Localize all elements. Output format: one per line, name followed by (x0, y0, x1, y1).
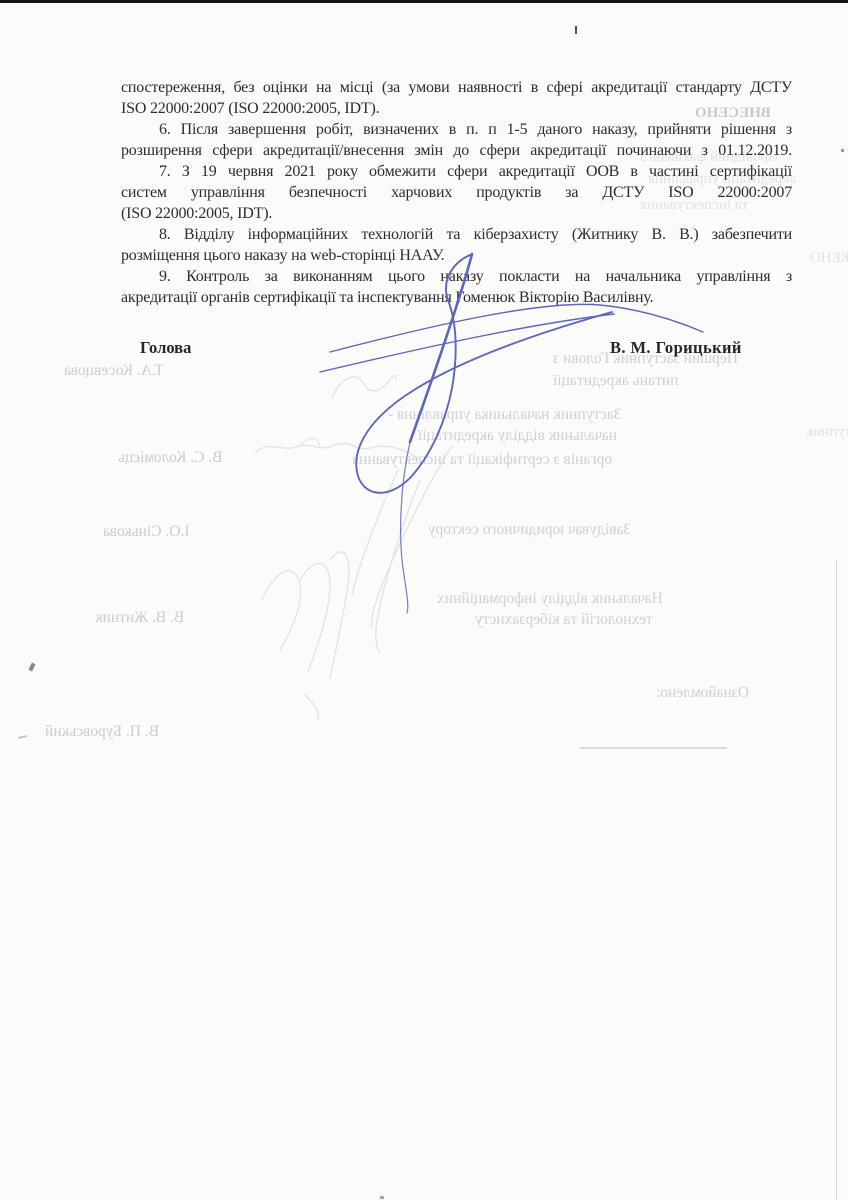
bleedthrough-row-2-label-line-3: органів з сертифікації та інспектування (352, 451, 612, 469)
bleedthrough-row-1-name-text: Т.А. Косевцова (64, 362, 164, 380)
bleedthrough-row-2-label-line-3-text: органів з сертифікації та інспектування (352, 451, 612, 469)
bleedthrough-row-2-name: В. С. Коломієць (118, 449, 223, 467)
bleedthrough-row-4-label-line-1-text: Начальник відділу інформаційних (437, 590, 663, 608)
scan-speck (380, 1196, 384, 1199)
bleedthrough-row-3-label-line-1: Завідувач юридичного сектору (428, 521, 631, 539)
body-line-11: акредитації органів сертифікації та інсп… (121, 287, 792, 308)
bleedthrough-row-2-name-text: В. С. Коломієць (118, 449, 223, 467)
bleedthrough-row-6-name: В. П. Буровський (45, 723, 159, 741)
body-line-4: розширення сфери акредитації/внесення зм… (121, 140, 792, 161)
bleedthrough-signature-line (580, 747, 727, 749)
bleedthrough-row-4-label-line-2: технологій та кіберзахисту (475, 611, 653, 629)
bleedthrough-edge-fragment-1-text: ПОГОДЖЕНО (810, 250, 848, 267)
bleedthrough-row-3-label-line-1-text: Завідувач юридичного сектору (428, 521, 631, 539)
signatory-name: В. М. Горицький (610, 338, 742, 358)
bleedthrough-row-3-name: І.О. Сінькова (103, 523, 189, 541)
bleedthrough-edge-fragment-2-text: Заступник (806, 424, 848, 441)
bleedthrough-edge-fragment-2: Заступник (806, 424, 848, 441)
scan-top-edge-line (0, 0, 848, 3)
bleedthrough-row-4-label-line-1: Начальник відділу інформаційних (437, 590, 663, 608)
order-body-text: спостереження, без оцінки на місці (за у… (121, 77, 792, 308)
signature-row: Голова В. М. Горицький (121, 338, 792, 360)
body-line-10: 9. Контроль за виконанням цього наказу п… (121, 266, 792, 287)
scan-page-right-edge (836, 560, 837, 1200)
body-line-8: 8. Відділу інформаційних технологій та к… (121, 224, 792, 245)
bleedthrough-row-5-label-line-1: Ознайомлено: (656, 684, 749, 702)
bleedthrough-row-6-name-text: В. П. Буровський (45, 723, 159, 741)
bleedthrough-row-4-name-text: В. В. Житник (95, 609, 184, 627)
bleedthrough-row-1-name: Т.А. Косевцова (64, 362, 164, 380)
scan-speck (28, 663, 35, 672)
scan-speck (18, 735, 27, 739)
body-line-5: 7. З 19 червня 2021 року обмежити сфери … (121, 161, 792, 182)
scan-speck (841, 149, 844, 152)
bleedthrough-row-3-name-text: І.О. Сінькова (103, 523, 189, 541)
bleedthrough-row-2-label-line-1-text: Заступник начальника управління - (388, 406, 622, 424)
body-line-9: розміщення цього наказу на web-сторінці … (121, 245, 792, 266)
bleedthrough-row-1-label-line-2-text: питань акредитації (553, 372, 678, 390)
scanned-document-page: { "document": { "language": "uk", "body_… (0, 0, 848, 1200)
bleedthrough-row-2-label-line-2-text: начальник відділу акредитації (418, 427, 617, 445)
bleedthrough-row-1-label-line-2: питань акредитації (553, 372, 678, 390)
body-line-6: систем управління безпечності харчових п… (121, 182, 792, 203)
body-line-7: (ISO 22000:2005, IDT). (121, 203, 792, 224)
bleedthrough-edge-fragment-1: ПОГОДЖЕНО (810, 250, 848, 267)
bleedthrough-row-2-label-line-1: Заступник начальника управління - (388, 406, 622, 424)
bleedthrough-row-4-label-line-2-text: технологій та кіберзахисту (475, 611, 653, 629)
signatory-role: Голова (140, 338, 191, 358)
bleedthrough-row-4-name: В. В. Житник (95, 609, 184, 627)
body-line-1: спостереження, без оцінки на місці (за у… (121, 77, 792, 98)
body-line-3: 6. Після завершення робіт, визначених в … (121, 119, 792, 140)
bleedthrough-row-2-label-line-2: начальник відділу акредитації (418, 427, 617, 445)
scan-speck (575, 26, 577, 34)
body-line-2: ISO 22000:2007 (ISO 22000:2005, IDT). (121, 98, 792, 119)
bleedthrough-row-5-label-line-1-text: Ознайомлено: (656, 684, 749, 702)
